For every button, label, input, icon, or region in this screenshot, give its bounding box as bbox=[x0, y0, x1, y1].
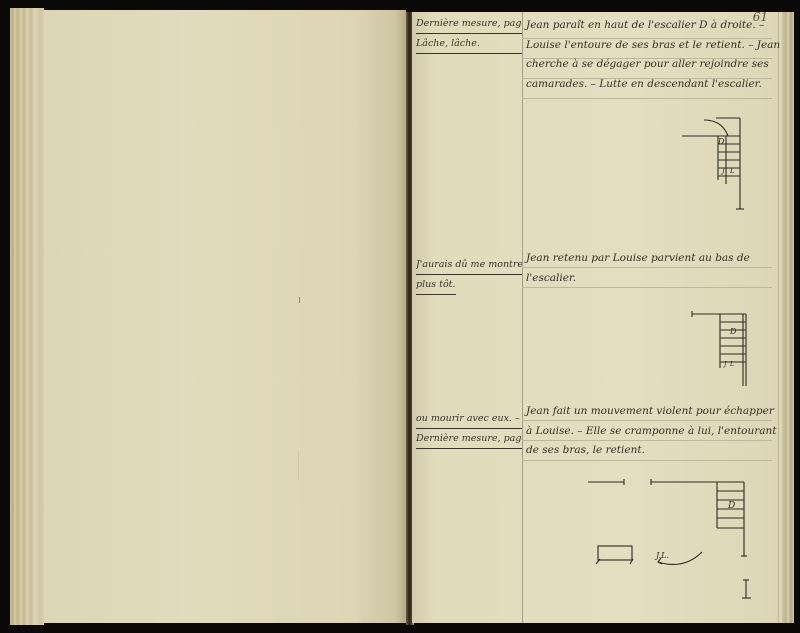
svg-text:D: D bbox=[729, 327, 737, 336]
open-notebook: 61 Dernière mesure, page 166. Lâche, lâc… bbox=[0, 0, 800, 633]
margin-line: Dernière mesure, page 166. bbox=[416, 14, 522, 34]
margin-line: Lâche, lâche. bbox=[416, 34, 522, 54]
right-page: 61 Dernière mesure, page 166. Lâche, lâc… bbox=[412, 12, 782, 623]
text-line: cherche à se dégager pour aller rejoindr… bbox=[526, 55, 776, 75]
staircase-diagram-2: D J L bbox=[690, 312, 750, 402]
margin-note-2: J'aurais dû me montrer plus tôt. bbox=[416, 255, 522, 295]
ruled-line bbox=[522, 98, 772, 99]
faint-mark bbox=[298, 450, 299, 480]
right-page-edges bbox=[782, 12, 794, 623]
margin-line: J'aurais dû me montrer bbox=[416, 255, 522, 275]
text-line: de ses bras, le retient. bbox=[526, 441, 776, 461]
margin-line: plus tôt. bbox=[416, 275, 456, 295]
stage-diagram-3: D J.L. bbox=[584, 478, 764, 608]
text-line: l'escalier. bbox=[526, 269, 776, 289]
stage-direction-1: Jean paraît en haut de l'escalier D à dr… bbox=[526, 16, 776, 94]
margin-note-1: Dernière mesure, page 166. Lâche, lâche. bbox=[416, 14, 522, 54]
text-line: à Louise. – Elle se cramponne à lui, l'e… bbox=[526, 422, 776, 442]
svg-text:D: D bbox=[727, 501, 735, 511]
stage-direction-2: Jean retenu par Louise parvient au bas d… bbox=[526, 249, 776, 288]
text-line: Jean paraît en haut de l'escalier D à dr… bbox=[526, 16, 776, 36]
text-line: Louise l'entoure de ses bras et le retie… bbox=[526, 36, 776, 56]
margin-note-3: ou mourir avec eux. – Dernière mesure, p… bbox=[416, 409, 522, 449]
left-page-edges bbox=[10, 8, 44, 625]
svg-text:D: D bbox=[717, 137, 725, 146]
ink-mark bbox=[299, 297, 300, 303]
margin-column-line bbox=[522, 12, 523, 623]
margin-line: Dernière mesure, page 167. bbox=[416, 429, 522, 449]
text-line: Jean fait un mouvement violent pour écha… bbox=[526, 402, 776, 422]
staircase-diagram-1: D J L bbox=[682, 116, 762, 216]
text-line: Jean retenu par Louise parvient au bas d… bbox=[526, 249, 776, 269]
right-margin-line bbox=[778, 12, 779, 623]
text-line: camarades. – Lutte en descendant l'escal… bbox=[526, 75, 776, 95]
svg-text:L: L bbox=[729, 361, 734, 368]
margin-line: ou mourir avec eux. – bbox=[416, 409, 522, 429]
stage-direction-3: Jean fait un mouvement violent pour écha… bbox=[526, 402, 776, 461]
svg-text:J.L.: J.L. bbox=[654, 551, 669, 560]
left-page bbox=[44, 10, 406, 623]
svg-text:L: L bbox=[729, 167, 735, 175]
